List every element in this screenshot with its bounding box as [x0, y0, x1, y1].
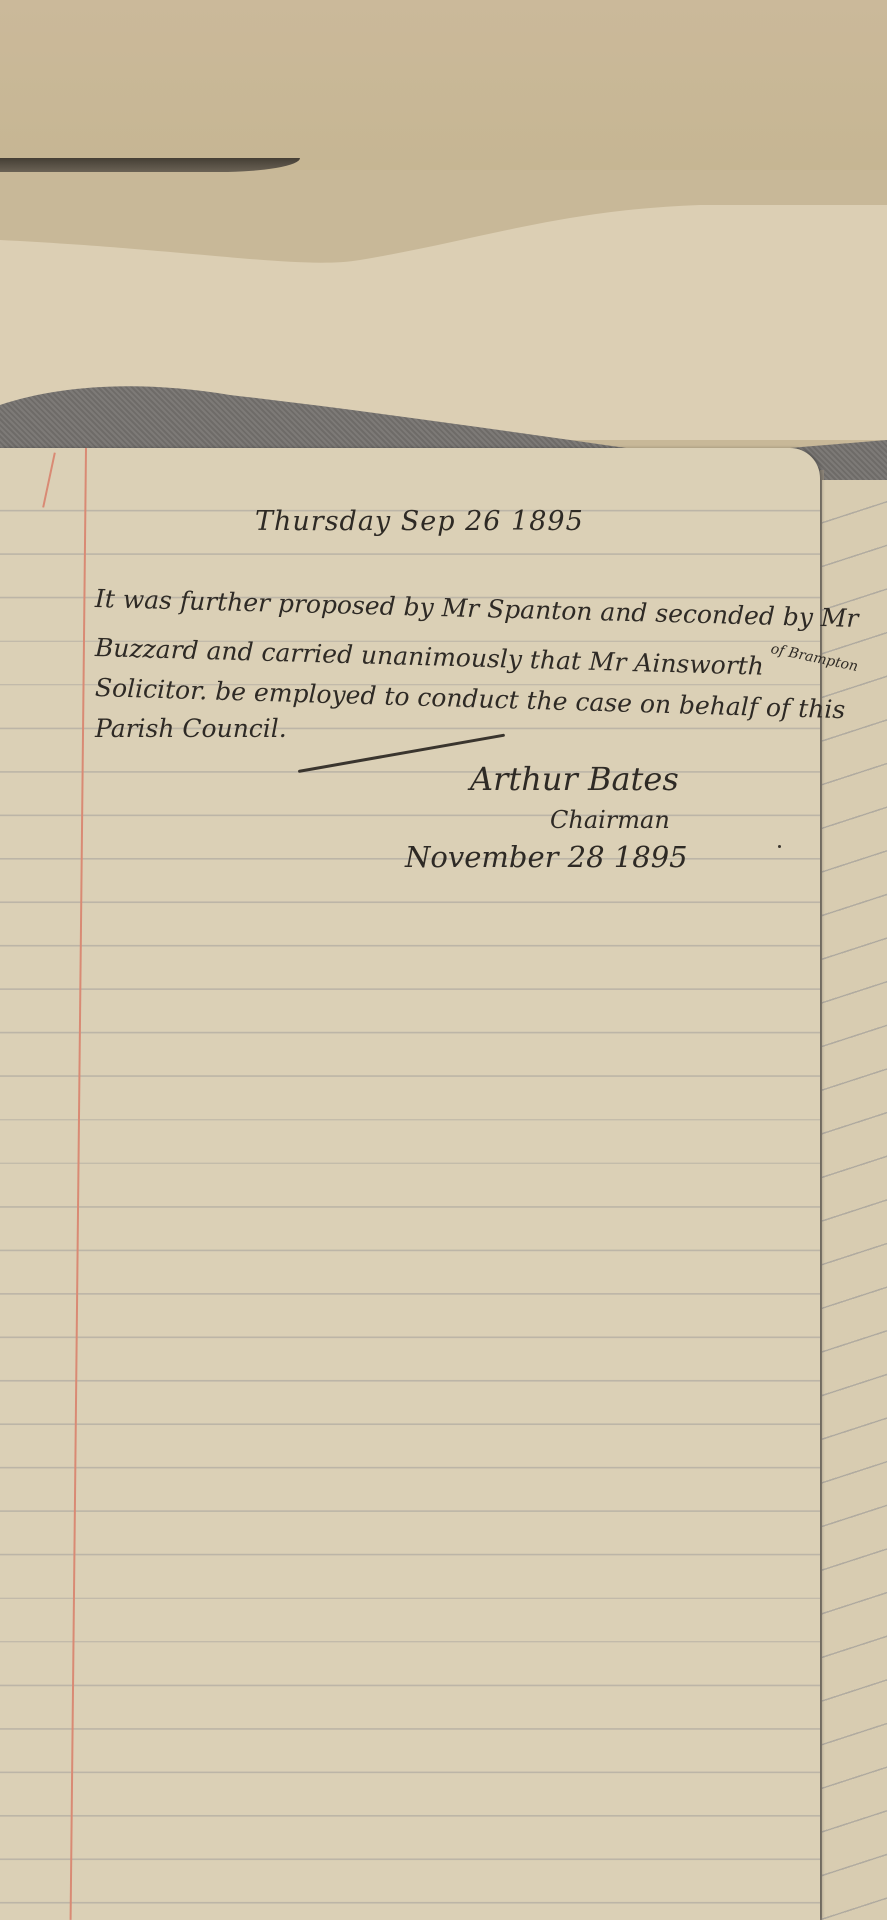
signature-title: Chairman [550, 806, 670, 834]
entry-date-heading: Thursday Sep 26 1895 [255, 506, 584, 537]
chairman-signature: Arthur Bates [470, 760, 679, 798]
signature-date: November 28 1895 [405, 840, 688, 874]
ink-dot [778, 845, 781, 848]
background-sheet-shadow [0, 158, 300, 172]
background-wall [0, 0, 887, 170]
minute-line-4: Parish Council. [95, 714, 287, 743]
